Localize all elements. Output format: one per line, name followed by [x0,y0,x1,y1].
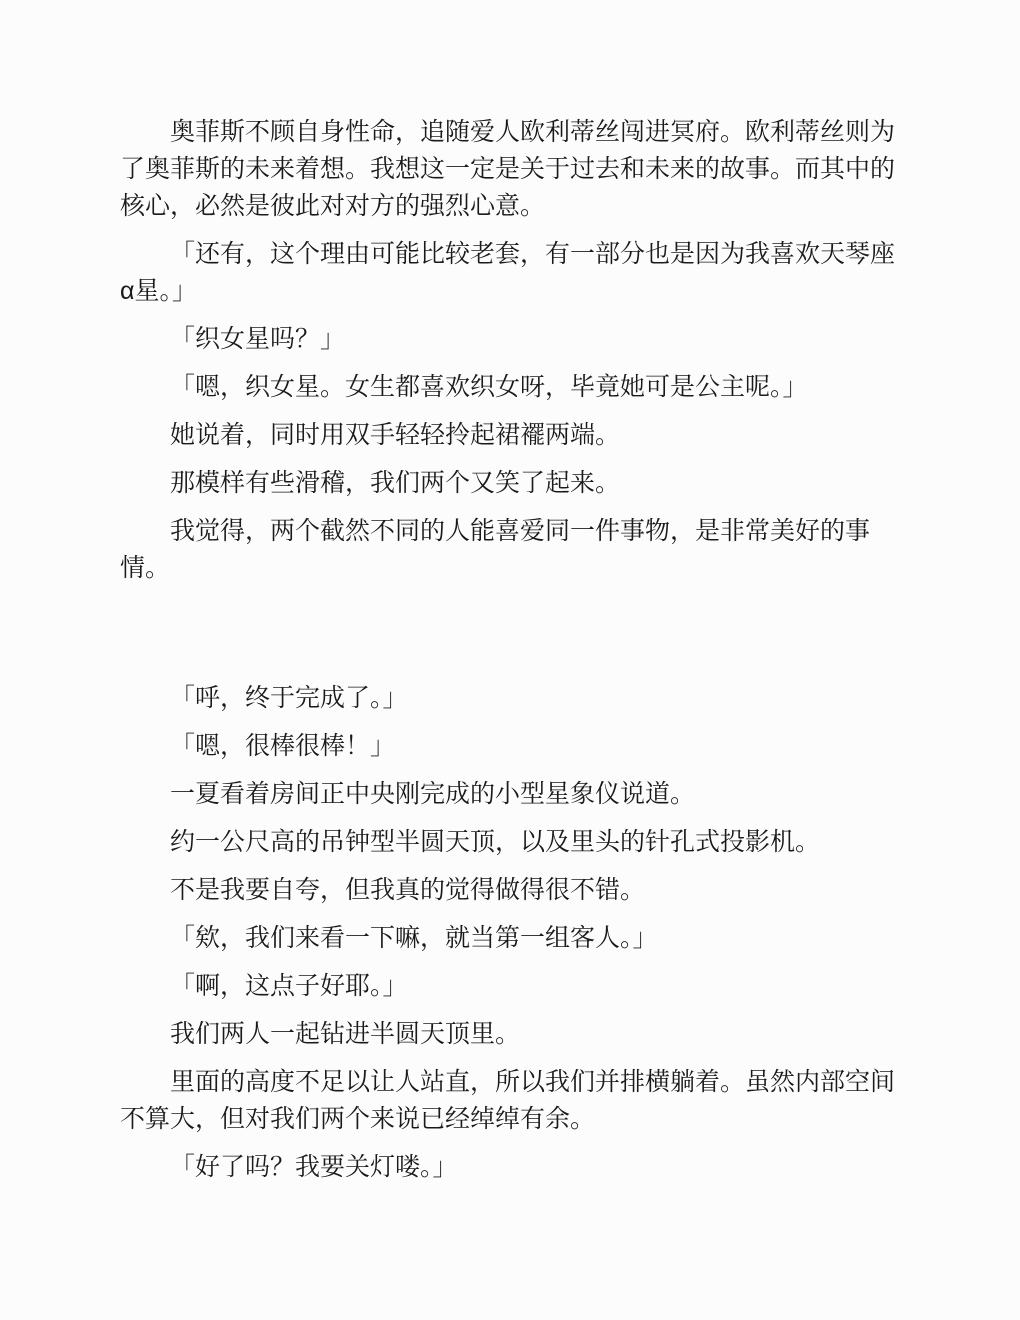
paragraph: 一夏看着房间正中央刚完成的小型星象仪说道。 [120,776,900,813]
paragraph: 我们两人一起钻进半圆天顶里。 [120,1016,900,1053]
paragraph-dialogue: 「嗯，很棒很棒！」 [120,728,900,765]
paragraph: 那模样有些滑稽，我们两个又笑了起来。 [120,465,900,502]
paragraph-dialogue: 「嗯，织女星。女生都喜欢织女呀，毕竟她可是公主呢。」 [120,369,900,406]
paragraph: 我觉得，两个截然不同的人能喜爱同一件事物，是非常美好的事情。 [120,513,900,587]
paragraph-dialogue: 「欸，我们来看一下嘛，就当第一组客人。」 [120,920,900,957]
paragraph: 约一公尺高的吊钟型半圆天顶，以及里头的针孔式投影机。 [120,824,900,861]
novel-text-page: 奥菲斯不顾自身性命，追随爱人欧利蒂丝闯进冥府。欧利蒂丝则为了奥菲斯的未来着想。我… [0,0,1020,1320]
paragraph-dialogue: 「好了吗？我要关灯喽。」 [120,1149,900,1186]
paragraph: 里面的高度不足以让人站直，所以我们并排横躺着。虽然内部空间不算大，但对我们两个来… [120,1064,900,1138]
paragraph: 奥菲斯不顾自身性命，追随爱人欧利蒂丝闯进冥府。欧利蒂丝则为了奥菲斯的未来着想。我… [120,114,900,225]
paragraph-dialogue: 「啊，这点子好耶。」 [120,968,900,1005]
paragraph-dialogue: 「呼，终于完成了。」 [120,680,900,717]
paragraph: 她说着，同时用双手轻轻拎起裙襬两端。 [120,417,900,454]
paragraph-dialogue: 「还有，这个理由可能比较老套，有一部分也是因为我喜欢天琴座α星。」 [120,236,900,310]
scene-break-spacer [120,598,900,680]
paragraph: 不是我要自夸，但我真的觉得做得很不错。 [120,872,900,909]
paragraph-dialogue: 「织女星吗？」 [120,321,900,358]
